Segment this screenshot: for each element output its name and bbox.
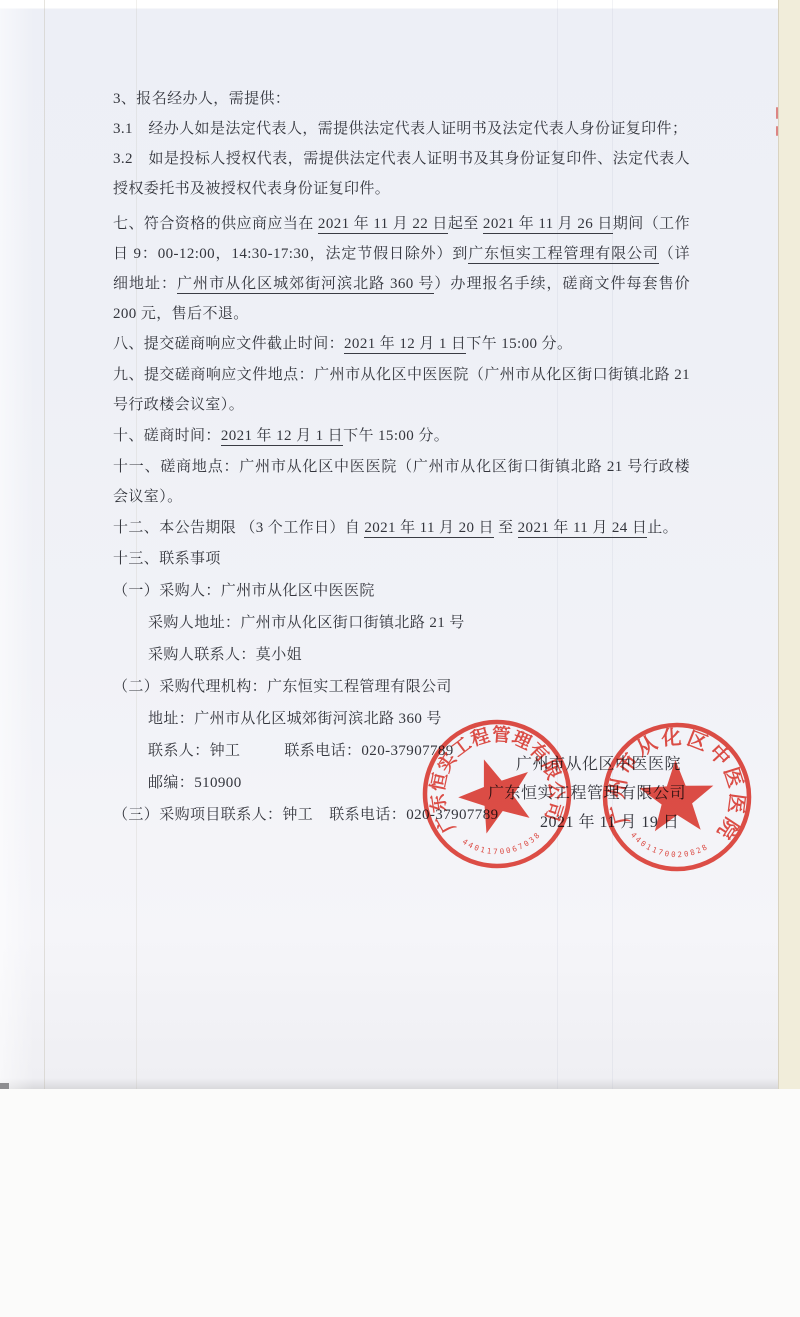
item-11: 十一、磋商地点：广州市从化区中医医院（广州市从化区街口街镇北路 21 号行政楼会… [113, 452, 690, 512]
item-12-text: 十二、本公告期限 （3 个工作日）自 [113, 520, 364, 536]
item-8-text: 下午 15:00 分。 [466, 336, 572, 352]
item-7-text: 2021 年 11 月 26 日 [483, 216, 613, 234]
item-13: 十三、联系事项 [113, 544, 690, 574]
item-3-2-text: 3.2 如是投标人授权代表，需提供法定代表人证明书及其身份证复印件、法定代表人授… [113, 151, 690, 197]
item-8-text: 2021 年 12 月 1 日 [344, 336, 466, 354]
item-12: 十二、本公告期限 （3 个工作日）自 2021 年 11 月 20 日 至 20… [113, 513, 690, 543]
agency-seal: 广东恒实工程管理有限公司4401170067038 [398, 695, 596, 893]
item-10-text: 十、磋商时间： [113, 428, 221, 444]
item-12-text: 止。 [647, 520, 678, 536]
item-10: 十、磋商时间：2021 年 12 月 1 日下午 15:00 分。 [113, 421, 690, 451]
item-10-text: 下午 15:00 分。 [343, 428, 449, 444]
item-12-text: 2021 年 11 月 24 日 [518, 520, 648, 538]
item-3-text: 3、报名经办人，需提供： [113, 91, 290, 107]
contact-agency-text: （二）采购代理机构：广东恒实工程管理有限公司 [113, 679, 452, 695]
item-3: 3、报名经办人，需提供： [113, 84, 690, 114]
agency-postcode-text: 邮编：510900 [148, 775, 242, 791]
item-7-text: 广东恒实工程管理有限公司 [468, 246, 658, 264]
item-11-text: 十一、磋商地点：广州市从化区中医医院（广州市从化区街口街镇北路 21 号行政楼会… [113, 459, 690, 505]
purchaser-contact: 采购人联系人：莫小姐 [113, 640, 690, 670]
item-8: 八、提交磋商响应文件截止时间：2021 年 12 月 1 日下午 15:00 分… [113, 329, 690, 359]
contact-project-text: （三）采购项目联系人：钟工 [113, 807, 313, 823]
item-3-1-text: 3.1 经办人如是法定代表人，需提供法定代表人证明书及法定代表人身份证复印件； [113, 121, 687, 137]
item-10-text: 2021 年 12 月 1 日 [221, 428, 343, 446]
item-7-text: 广州市从化区城郊街河滨北路 360 号 [177, 276, 434, 294]
underlying-page-edge [778, 0, 800, 1089]
agency-contact-text: 联系人：钟工 [148, 743, 240, 759]
seal-star-icon [455, 755, 534, 836]
purchaser-contact-text: 采购人联系人：莫小姐 [148, 647, 302, 663]
seal-svg: 广东恒实工程管理有限公司4401170067038 [398, 695, 596, 893]
paper-fold-line [44, 0, 45, 1089]
item-7: 七、符合资格的供应商应当在 2021 年 11 月 22 日起至 2021 年 … [113, 209, 690, 329]
item-8-text: 八、提交磋商响应文件截止时间： [113, 336, 344, 352]
item-13-text: 十三、联系事项 [113, 551, 221, 567]
item-3-2: 3.2 如是投标人授权代表，需提供法定代表人证明书及其身份证复印件、法定代表人授… [113, 144, 690, 204]
item-7-text: 2021 年 11 月 22 日 [318, 216, 448, 234]
scan-artifact [0, 1083, 9, 1089]
contact-purchaser: （一）采购人：广州市从化区中医医院 [113, 576, 690, 606]
hospital-seal: 广州市从化区中医医院4401170020828 [574, 694, 780, 900]
item-7-text: 起至 [448, 216, 483, 232]
ink-bleed-mark [776, 126, 778, 136]
item-12-text: 至 [494, 520, 518, 536]
seal-star-icon [633, 755, 716, 839]
item-12-text: 2021 年 11 月 20 日 [364, 520, 494, 538]
purchaser-address-text: 采购人地址：广州市从化区街口街镇北路 21 号 [148, 615, 465, 631]
seal-svg: 广州市从化区中医医院4401170020828 [574, 694, 780, 900]
ink-bleed-mark [776, 107, 778, 119]
item-3-1: 3.1 经办人如是法定代表人，需提供法定代表人证明书及法定代表人身份证复印件； [113, 114, 690, 144]
purchaser-address: 采购人地址：广州市从化区街口街镇北路 21 号 [113, 608, 690, 638]
item-9-text: 九、提交磋商响应文件地点：广州市从化区中医医院（广州市从化区街口街镇北路 21 … [113, 367, 690, 413]
contact-purchaser-text: （一）采购人：广州市从化区中医医院 [113, 583, 375, 599]
item-7-text: 七、符合资格的供应商应当在 [113, 216, 318, 232]
item-9: 九、提交磋商响应文件地点：广州市从化区中医医院（广州市从化区街口街镇北路 21 … [113, 360, 690, 420]
